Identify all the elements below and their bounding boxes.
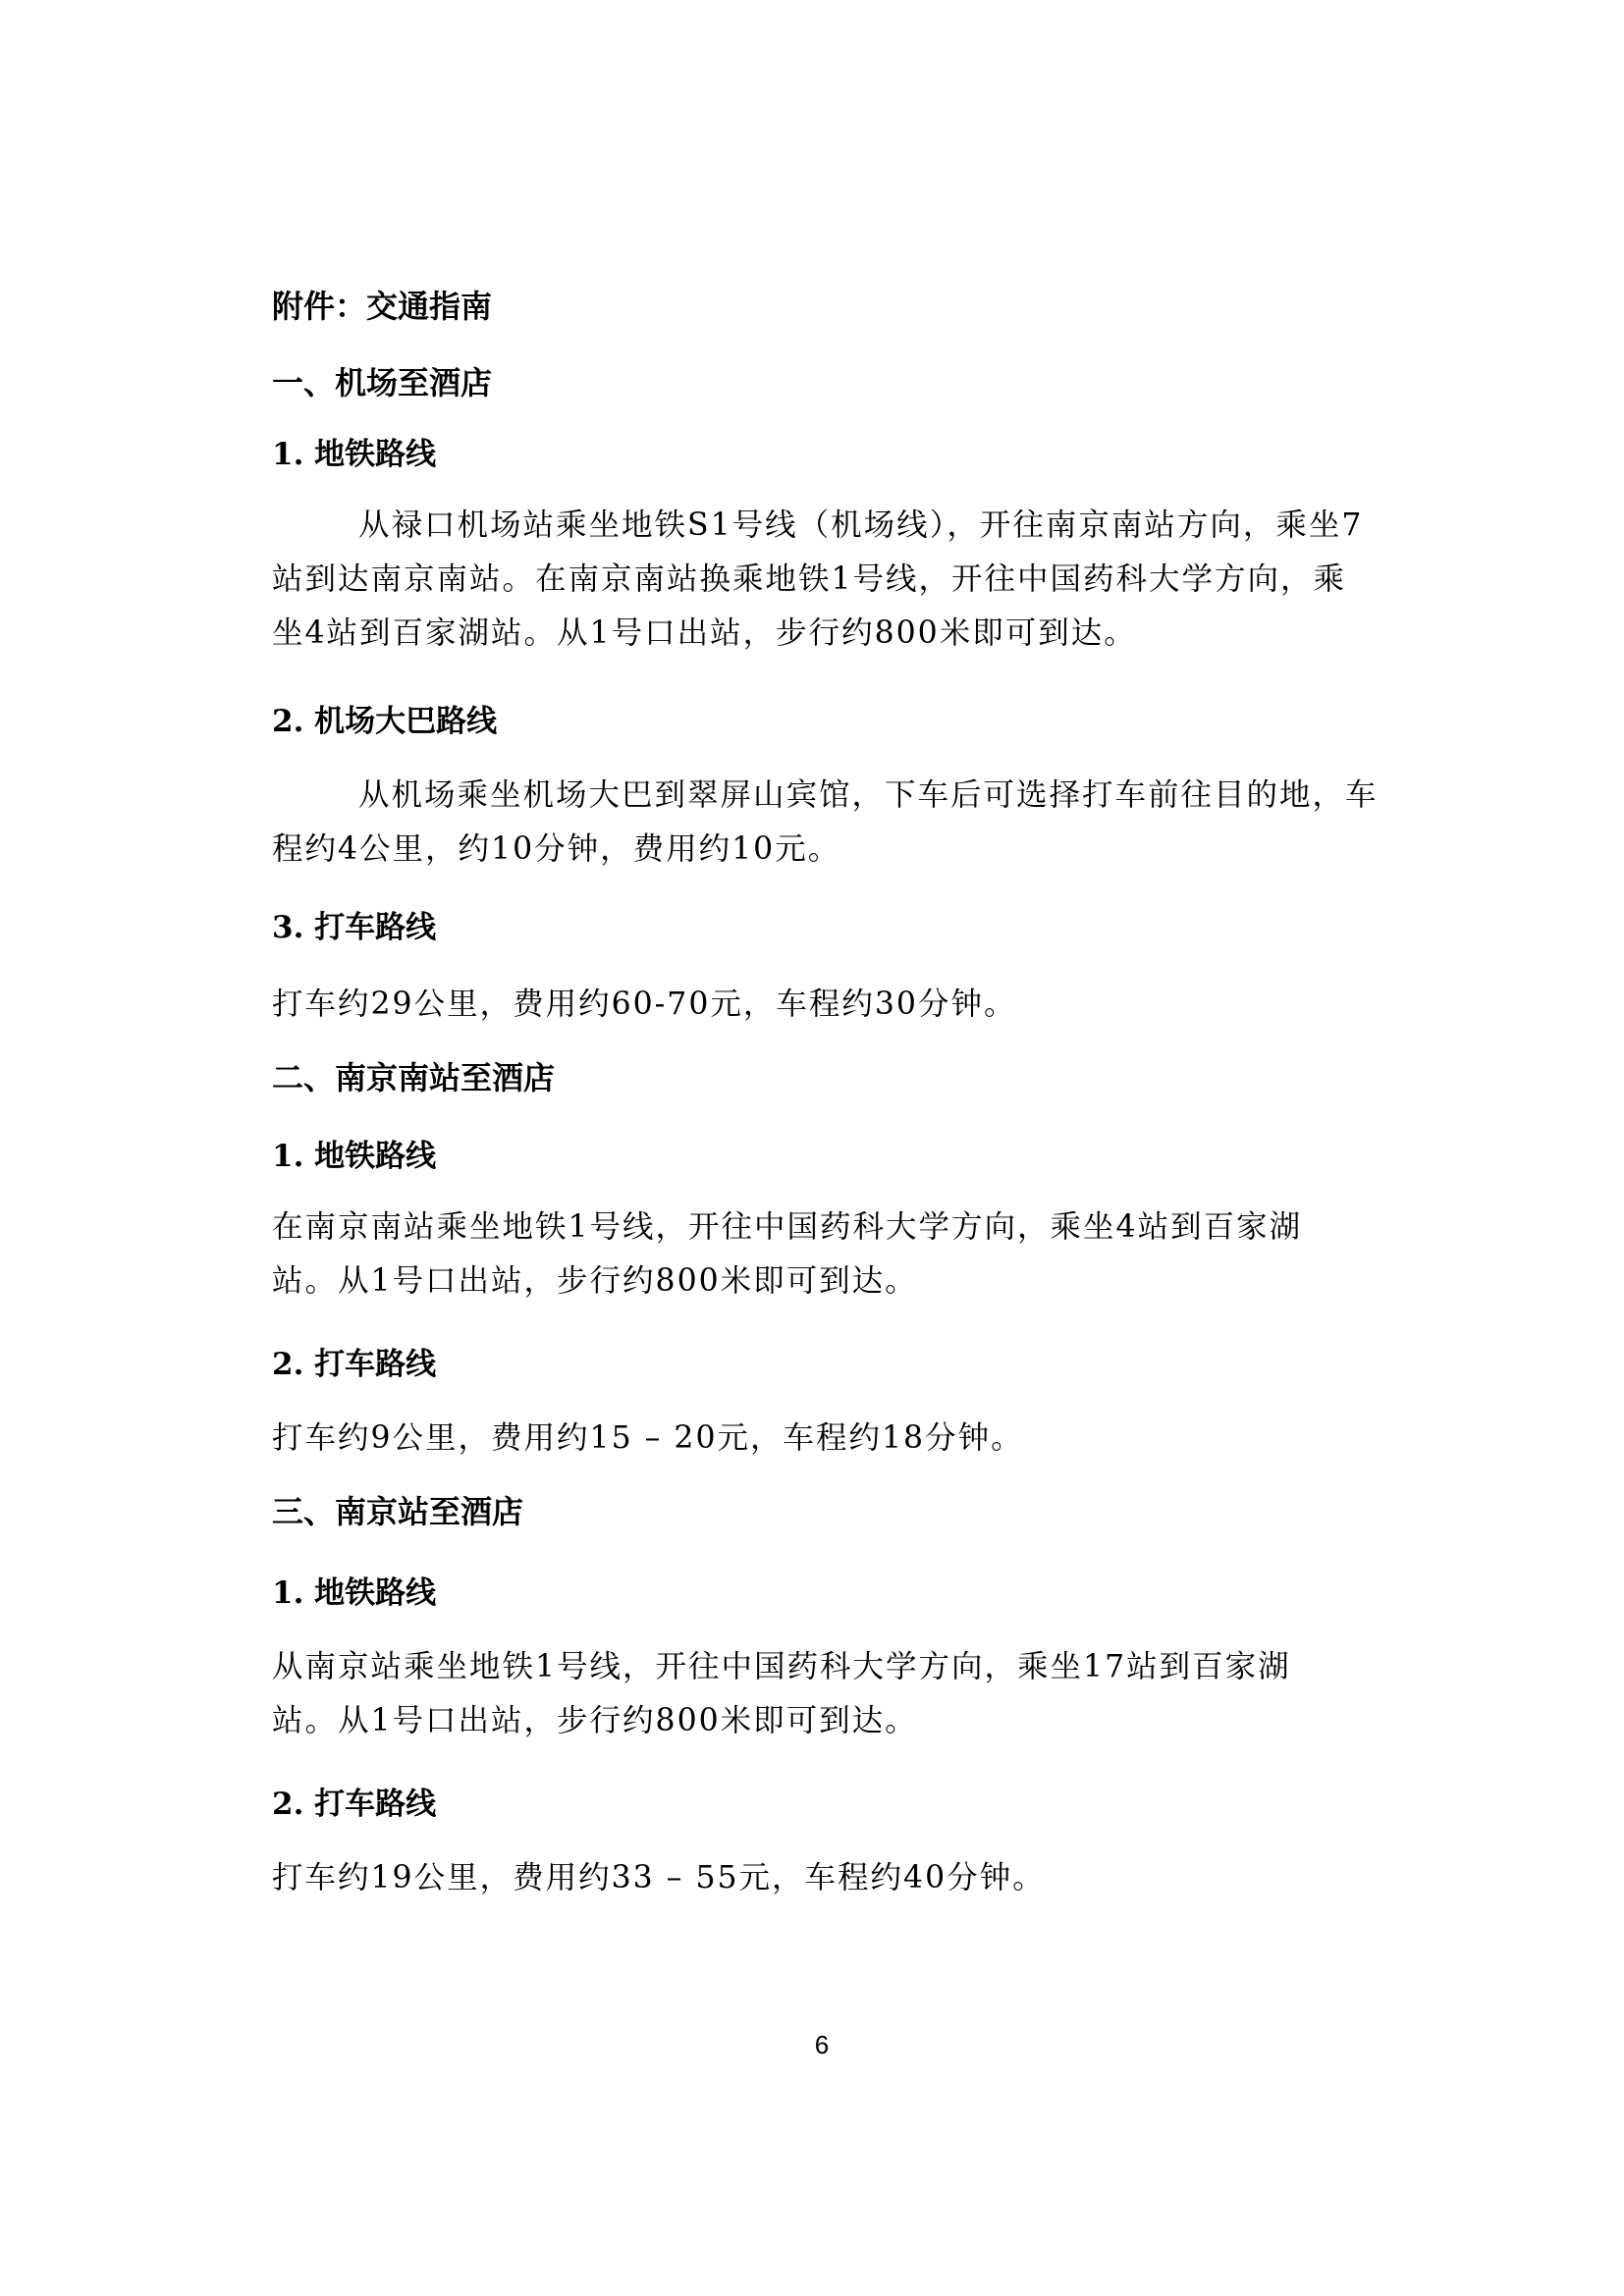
section-heading-nanjing-south: 二、南京南站至酒店: [272, 1058, 1431, 1097]
paragraph-line: 打车约9公里，费用约15 – 20元，车程约18分钟。: [272, 1418, 1431, 1458]
route-heading-airport-bus: 2. 机场大巴路线: [272, 702, 1431, 741]
route-heading-south-metro: 1. 地铁路线: [272, 1137, 1431, 1176]
route-heading-south-taxi: 2. 打车路线: [272, 1345, 1431, 1384]
document-page: 附件：交通指南 一、机场至酒店 1. 地铁路线 从禄口机场站乘坐地铁S1号线（机…: [0, 0, 1624, 2296]
paragraph-line: 站。从1号口出站，步行约800米即可到达。: [272, 1261, 1431, 1301]
paragraph-line: 站到达南京南站。在南京南站换乘地铁1号线，开往中国药科大学方向，乘: [272, 560, 1431, 599]
paragraph-line: 坐4站到百家湖站。从1号口出站，步行约800米即可到达。: [272, 614, 1431, 653]
paragraph-line: 站。从1号口出站，步行约800米即可到达。: [272, 1701, 1431, 1740]
section-heading-nanjing-station: 三、南京站至酒店: [272, 1492, 1431, 1531]
section-heading-airport: 一、机场至酒店: [272, 363, 1431, 402]
paragraph-line: 打车约29公里，费用约60-70元，车程约30分钟。: [272, 985, 1431, 1024]
route-heading-station-metro: 1. 地铁路线: [272, 1574, 1431, 1613]
paragraph-line: 从禄口机场站乘坐地铁S1号线（机场线），开往南京南站方向，乘坐7: [358, 506, 1431, 545]
paragraph-line: 打车约19公里，费用约33 – 55元，车程约40分钟。: [272, 1858, 1431, 1897]
route-heading-station-taxi: 2. 打车路线: [272, 1785, 1431, 1824]
paragraph-line: 从南京站乘坐地铁1号线，开往中国药科大学方向，乘坐17站到百家湖: [272, 1647, 1431, 1686]
paragraph-line: 程约4公里，约10分钟，费用约10元。: [272, 829, 1431, 869]
route-heading-airport-taxi: 3. 打车路线: [272, 908, 1431, 947]
page-number: 6: [0, 2030, 1624, 2059]
paragraph-line: 在南京南站乘坐地铁1号线，开往中国药科大学方向，乘坐4站到百家湖: [272, 1207, 1431, 1247]
route-heading-airport-metro: 1. 地铁路线: [272, 435, 1431, 474]
paragraph-line: 从机场乘坐机场大巴到翠屏山宾馆，下车后可选择打车前往目的地，车: [358, 775, 1431, 815]
document-title: 附件：交通指南: [272, 287, 1431, 326]
